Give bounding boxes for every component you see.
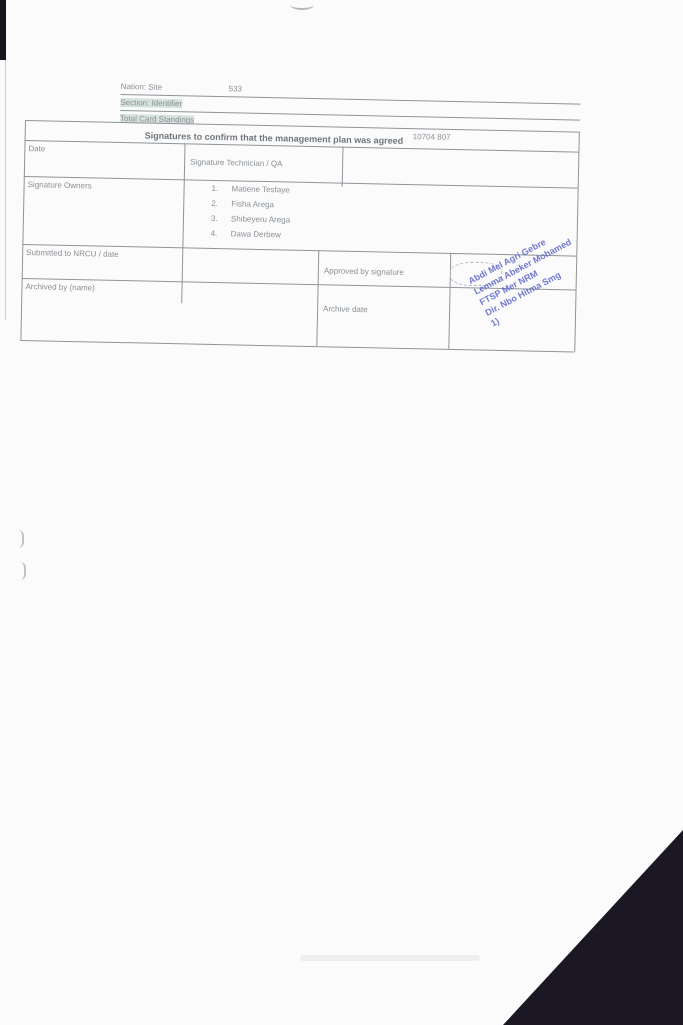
header-label: Nation: Site [121, 82, 163, 92]
page-edge-shadow [0, 0, 6, 60]
date-label: Date [28, 144, 45, 153]
owner-item: 3.Shibeyeru Arega [211, 214, 290, 231]
left-margin-line [5, 60, 6, 320]
corner-shadow [503, 830, 683, 1025]
owner-item: 2.Fisha Arega [211, 199, 290, 216]
reference-code: 10704 807 [413, 132, 451, 142]
header-row-site: Nation: Site 533 [121, 82, 163, 92]
header-value: 533 [229, 84, 243, 93]
owner-item: 4.Dawa Derbew [210, 229, 289, 246]
tech-signature-label: Signature Technician / QA [190, 157, 283, 168]
owners-list: 1.Matiene Tesfaye 2.Fisha Arega 3.Shibey… [210, 184, 290, 246]
submitted-label: Submitted to NRCU / date [26, 248, 119, 259]
header-row-section: Section: Identifier [120, 98, 182, 108]
archived-by-label: Archived by (name) [25, 282, 95, 292]
punch-hole-mark [18, 530, 24, 548]
owners-signature-label: Signature Owners [28, 180, 92, 190]
faint-smudge [300, 955, 480, 961]
approved-label: Approved by signature [324, 266, 404, 277]
staple-mark [290, 0, 314, 10]
archive-date-label: Archive date [323, 304, 368, 314]
header-label: Section: Identifier [120, 98, 182, 108]
punch-hole-mark [20, 562, 26, 580]
owner-item: 1.Matiene Tesfaye [211, 184, 290, 201]
